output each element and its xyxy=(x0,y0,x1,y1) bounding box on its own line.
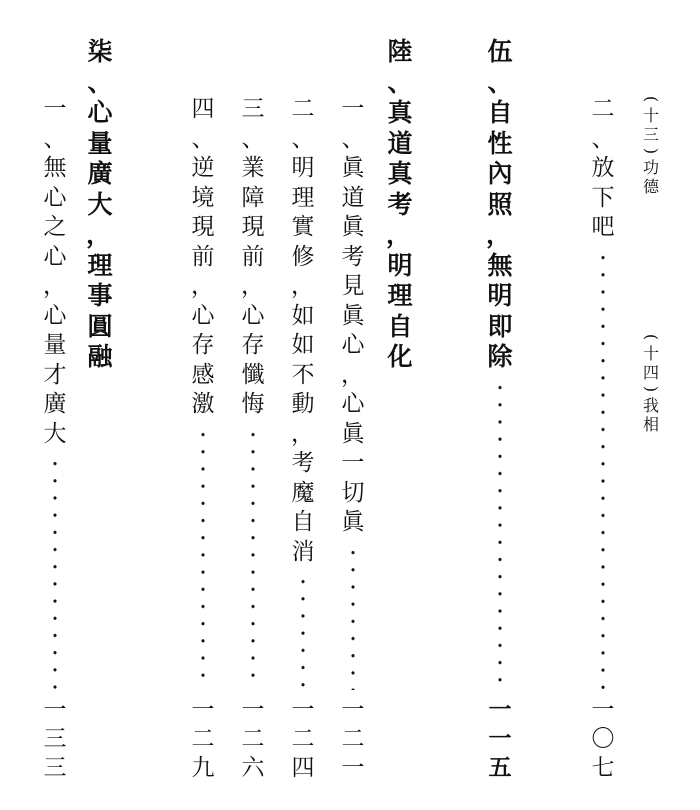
subtitle-14: (十四)我相 xyxy=(640,330,662,434)
glyph: 障 xyxy=(238,184,268,214)
paren-open: ( xyxy=(644,88,658,110)
page-number: 一三三 xyxy=(40,696,70,783)
glyph: 二 xyxy=(188,725,218,754)
subtitle-number: 十三 xyxy=(640,106,662,144)
entry-separator: 、 xyxy=(238,125,268,155)
glyph: 量 xyxy=(85,129,115,160)
subtitle-column-2: (十四)我相 xyxy=(639,330,663,434)
glyph: 無 xyxy=(485,251,515,282)
entry-marker: 一 xyxy=(338,95,368,125)
glyph: 九 xyxy=(188,754,218,783)
glyph: 存 xyxy=(238,331,268,361)
glyph: 一 xyxy=(238,696,268,725)
glyph: 明 xyxy=(485,281,515,312)
glyph: 真 xyxy=(385,159,415,190)
glyph: 考 xyxy=(338,243,368,273)
glyph: 除 xyxy=(485,342,515,373)
glyph: ， xyxy=(40,272,70,302)
glyph: 柒 xyxy=(85,37,115,68)
glyph: ， xyxy=(288,420,318,450)
glyph: 二 xyxy=(288,725,318,754)
entry-separator: 、 xyxy=(588,125,618,155)
glyph: 道 xyxy=(385,129,415,160)
toc-heading-liu[interactable]: 陸、真道真考，明理自化 xyxy=(382,37,418,377)
glyph: 之 xyxy=(40,213,70,243)
glyph: 、 xyxy=(338,125,368,155)
glyph: 一 xyxy=(288,696,318,725)
entry-title: 眞道眞考見眞心，心眞一切眞 xyxy=(338,154,368,538)
entry-marker: 三 xyxy=(238,95,268,125)
entry-separator: 、 xyxy=(40,125,70,155)
glyph: 逆 xyxy=(188,154,218,184)
dot-leader xyxy=(349,544,357,691)
glyph: 內 xyxy=(485,159,515,190)
glyph: 考 xyxy=(385,190,415,221)
glyph: 即 xyxy=(485,312,515,343)
glyph: ， xyxy=(288,272,318,302)
glyph: 放 xyxy=(588,154,618,184)
glyph: 心 xyxy=(40,243,70,273)
glyph: 、 xyxy=(85,68,115,99)
glyph: 下 xyxy=(588,184,618,214)
glyph: 存 xyxy=(188,331,218,361)
toc-entry-qi-1[interactable]: 一、無心之心，心量才廣大一三三 xyxy=(37,95,73,783)
dot-leader xyxy=(51,455,59,690)
glyph: 陸 xyxy=(385,37,415,68)
glyph: 一 xyxy=(338,449,368,479)
glyph: 不 xyxy=(288,361,318,391)
glyph: 融 xyxy=(85,342,115,373)
glyph: 二 xyxy=(238,725,268,754)
subtitle-column: (十三)功德 xyxy=(639,92,663,196)
toc-entry-liu-4[interactable]: 四、逆境現前，心存感激一二九 xyxy=(185,95,221,783)
paren-close: ) xyxy=(644,378,658,400)
glyph: 自 xyxy=(385,312,415,343)
glyph: 吧 xyxy=(588,213,618,243)
entry-marker: 柒 xyxy=(85,37,115,68)
glyph: 道 xyxy=(338,184,368,214)
glyph: 自 xyxy=(288,508,318,538)
glyph: 二 xyxy=(338,725,368,754)
glyph: 明 xyxy=(288,154,318,184)
glyph: 前 xyxy=(188,243,218,273)
dot-leader xyxy=(299,573,307,690)
glyph: ， xyxy=(238,272,268,302)
entry-marker: 伍 xyxy=(485,37,515,68)
toc-heading-qi[interactable]: 柒、心量廣大，理事圓融 xyxy=(82,37,118,377)
glyph: 四 xyxy=(188,95,218,125)
glyph: 眞 xyxy=(338,154,368,184)
glyph: 才 xyxy=(40,361,70,391)
glyph: 伍 xyxy=(485,37,515,68)
glyph: 理 xyxy=(288,184,318,214)
glyph: 如 xyxy=(288,302,318,332)
glyph: 相 xyxy=(640,415,662,434)
entry-separator: 、 xyxy=(385,68,415,99)
glyph: 六 xyxy=(238,754,268,783)
glyph: 性 xyxy=(485,129,515,160)
glyph: 一 xyxy=(485,696,515,725)
page-number: 一〇七 xyxy=(588,696,618,783)
glyph: ， xyxy=(85,220,115,251)
glyph: 前 xyxy=(238,243,268,273)
glyph: 眞 xyxy=(338,213,368,243)
dot-leader xyxy=(199,426,207,691)
glyph: ， xyxy=(338,361,368,391)
glyph: 激 xyxy=(188,390,218,420)
glyph: ， xyxy=(485,220,515,251)
glyph: 〇 xyxy=(588,725,618,754)
toc-entry-liu-3[interactable]: 三、業障現前，心存懺悔一二六 xyxy=(235,95,271,783)
glyph: 感 xyxy=(188,361,218,391)
glyph: 廣 xyxy=(40,390,70,420)
glyph: 悔 xyxy=(238,390,268,420)
glyph: 、 xyxy=(238,125,268,155)
glyph: 心 xyxy=(338,331,368,361)
toc-entry-liu-2[interactable]: 二、明理實修，如如不動，考魔自消一二四 xyxy=(285,95,321,783)
page-number: 一二六 xyxy=(238,696,268,783)
paren-close: ) xyxy=(644,140,658,162)
page-number: 一一五 xyxy=(485,696,515,783)
entry-title: 逆境現前，心存感激 xyxy=(188,154,218,420)
paren-open: ( xyxy=(644,326,658,348)
entry-separator: 、 xyxy=(85,68,115,99)
glyph: 、 xyxy=(288,125,318,155)
glyph: 一 xyxy=(485,725,515,754)
entry-marker: 二 xyxy=(588,95,618,125)
glyph: 境 xyxy=(188,184,218,214)
glyph: 二 xyxy=(588,95,618,125)
glyph: 三 xyxy=(238,95,268,125)
glyph: 一 xyxy=(338,95,368,125)
glyph: 一 xyxy=(40,696,70,725)
glyph: 心 xyxy=(40,184,70,214)
glyph: 現 xyxy=(238,213,268,243)
glyph: 一 xyxy=(338,754,368,783)
entry-title: 真道真考，明理自化 xyxy=(385,98,415,373)
glyph: 、 xyxy=(485,68,515,99)
glyph: 五 xyxy=(485,754,515,783)
glyph: 三 xyxy=(40,725,70,754)
glyph: 心 xyxy=(238,302,268,332)
glyph: 三 xyxy=(40,754,70,783)
glyph: 化 xyxy=(385,342,415,373)
subtitle-number: 十四 xyxy=(640,344,662,382)
toc-heading-wu[interactable]: 伍、自性內照，無明即除一一五 xyxy=(482,37,518,783)
glyph: 一 xyxy=(338,696,368,725)
glyph: 心 xyxy=(188,302,218,332)
subtitle-13: (十三)功德 xyxy=(640,92,662,196)
glyph: 四 xyxy=(288,754,318,783)
glyph: 實 xyxy=(288,213,318,243)
toc-entry-fangxiaba[interactable]: 二、放下吧一〇七 xyxy=(585,95,621,783)
entry-title: 心量廣大，理事圓融 xyxy=(85,98,115,373)
glyph: 、 xyxy=(188,125,218,155)
glyph: 心 xyxy=(338,390,368,420)
glyph: 一 xyxy=(188,696,218,725)
glyph: 真 xyxy=(385,98,415,129)
glyph: 心 xyxy=(85,98,115,129)
glyph: 廣 xyxy=(85,159,115,190)
glyph: 明 xyxy=(385,251,415,282)
glyph: 一 xyxy=(40,95,70,125)
glyph: 切 xyxy=(338,479,368,509)
entry-title: 自性內照，無明即除 xyxy=(485,98,515,373)
glyph: 圓 xyxy=(85,312,115,343)
glyph: 大 xyxy=(40,420,70,450)
subtitle-label: 功德 xyxy=(640,158,662,196)
glyph: 照 xyxy=(485,190,515,221)
toc-entry-liu-1[interactable]: 一、眞道眞考見眞心，心眞一切眞一二一 xyxy=(335,95,371,783)
entry-marker: 四 xyxy=(188,95,218,125)
entry-marker: 一 xyxy=(40,95,70,125)
glyph: ， xyxy=(188,272,218,302)
glyph: 一 xyxy=(588,696,618,725)
glyph: 動 xyxy=(288,390,318,420)
glyph: 量 xyxy=(40,331,70,361)
entry-title: 明理實修，如如不動，考魔自消 xyxy=(288,154,318,567)
glyph: 、 xyxy=(588,125,618,155)
glyph: 魔 xyxy=(288,479,318,509)
glyph: 眞 xyxy=(338,420,368,450)
glyph: 心 xyxy=(40,302,70,332)
glyph: 現 xyxy=(188,213,218,243)
glyph: 眞 xyxy=(338,302,368,332)
entry-marker: 陸 xyxy=(385,37,415,68)
glyph: 二 xyxy=(288,95,318,125)
glyph: 、 xyxy=(385,68,415,99)
subtitle-label: 我相 xyxy=(640,396,662,434)
glyph: 德 xyxy=(640,177,662,196)
page-number: 一二九 xyxy=(188,696,218,783)
page-number: 一二一 xyxy=(338,696,368,783)
dot-leader xyxy=(496,379,504,691)
glyph: ， xyxy=(385,220,415,251)
glyph: 七 xyxy=(588,754,618,783)
glyph: 眞 xyxy=(338,508,368,538)
entry-title: 業障現前，心存懺悔 xyxy=(238,154,268,420)
glyph: 考 xyxy=(288,449,318,479)
glyph: 大 xyxy=(85,190,115,221)
dot-leader xyxy=(599,249,607,691)
entry-separator: 、 xyxy=(288,125,318,155)
dot-leader xyxy=(249,426,257,691)
page-number: 一二四 xyxy=(288,696,318,783)
glyph: 見 xyxy=(338,272,368,302)
glyph: 事 xyxy=(85,281,115,312)
entry-separator: 、 xyxy=(188,125,218,155)
entry-marker: 二 xyxy=(288,95,318,125)
glyph: 如 xyxy=(288,331,318,361)
entry-separator: 、 xyxy=(338,125,368,155)
glyph: 理 xyxy=(85,251,115,282)
glyph: 業 xyxy=(238,154,268,184)
glyph: 懺 xyxy=(238,361,268,391)
entry-title: 放下吧 xyxy=(588,154,618,243)
glyph: 修 xyxy=(288,243,318,273)
glyph: 無 xyxy=(40,154,70,184)
entry-separator: 、 xyxy=(485,68,515,99)
glyph: 、 xyxy=(40,125,70,155)
glyph: 理 xyxy=(385,281,415,312)
glyph: 消 xyxy=(288,538,318,568)
entry-title: 無心之心，心量才廣大 xyxy=(40,154,70,449)
glyph: 自 xyxy=(485,98,515,129)
